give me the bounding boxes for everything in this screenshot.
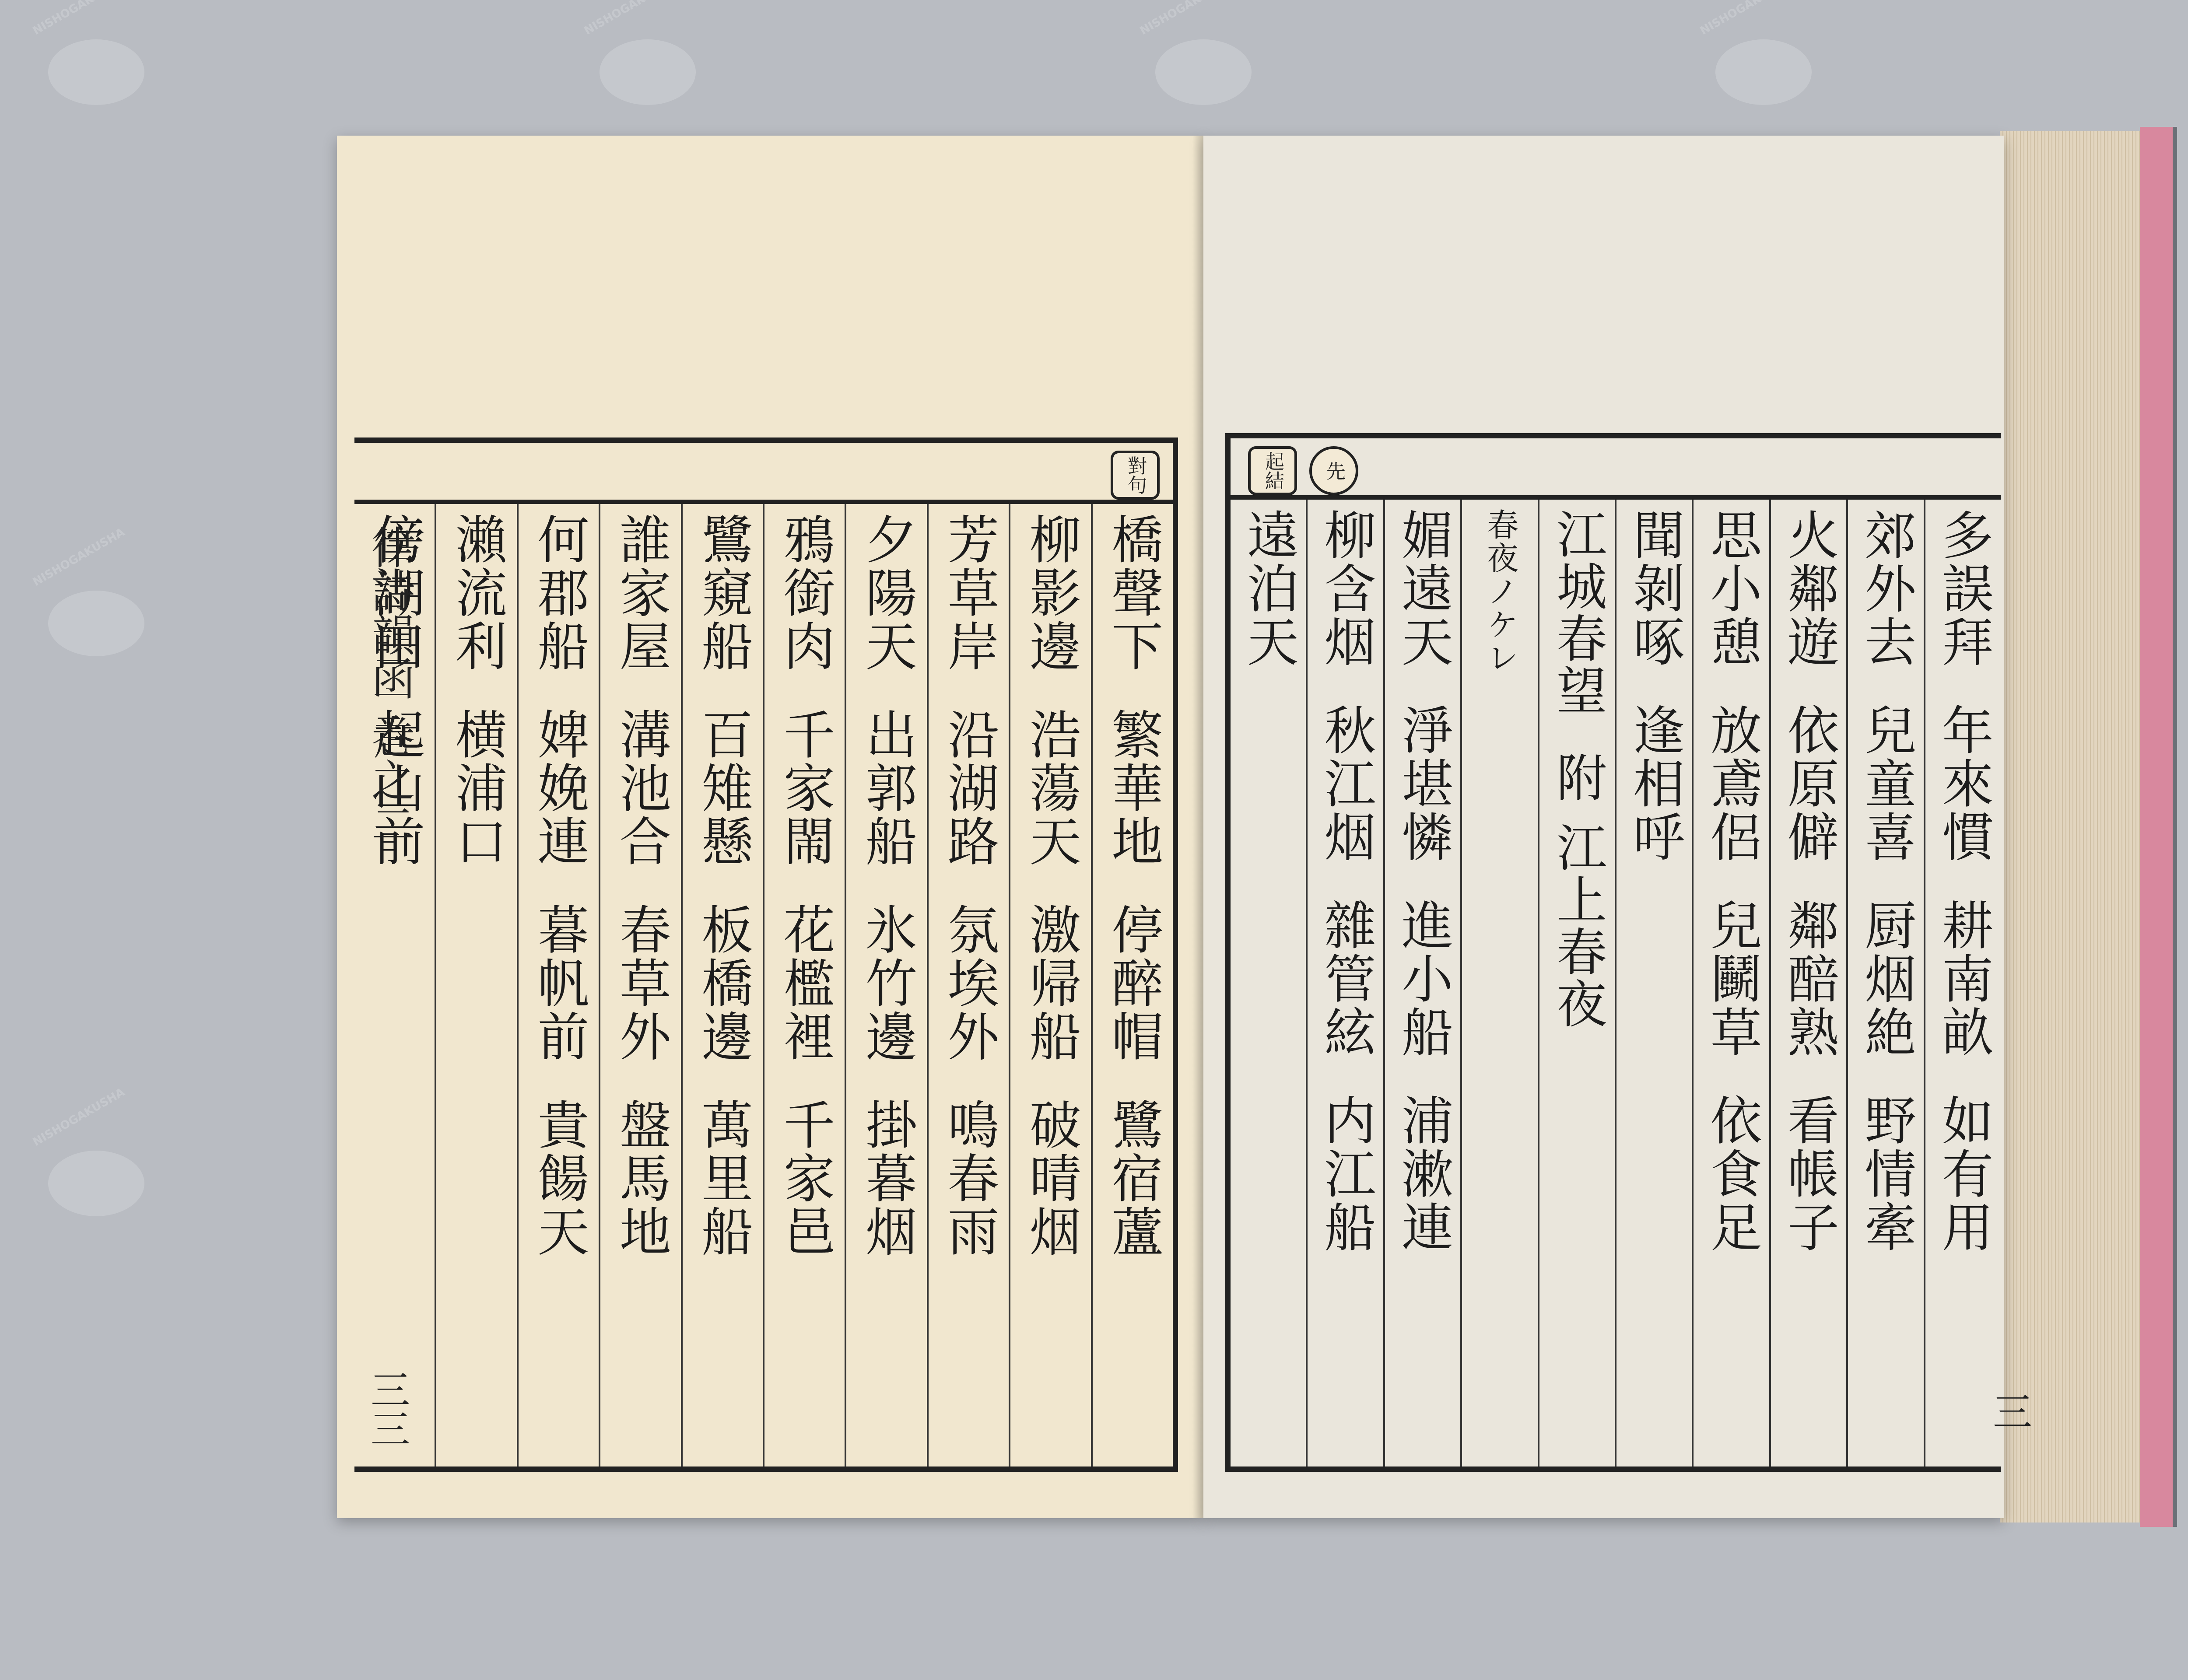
entry: 放鳶侶 xyxy=(1704,703,1759,864)
watermark: NISHOGAKUSHA xyxy=(582,26,713,109)
poem-title: 江城春望 xyxy=(1550,508,1603,717)
page-edges xyxy=(2000,131,2140,1522)
entry: 柳影邊 xyxy=(1024,513,1078,673)
column: 橋聲下繁華地停醉帽鷺宿蘆 xyxy=(1091,504,1173,1466)
entry: 依原僻 xyxy=(1781,703,1836,864)
entry: 夕陽天 xyxy=(859,513,914,673)
entry: 淨堪憐 xyxy=(1396,703,1450,864)
watermark: NISHOGAKUSHA xyxy=(1698,26,1829,109)
column: 芳草岸沿湖路氛埃外鳴春雨 xyxy=(927,504,1009,1466)
column: 春夜ノケレ xyxy=(1460,500,1537,1466)
entry: 思小憩 xyxy=(1704,508,1759,668)
entry: 鳴春雨 xyxy=(942,1098,996,1258)
watermark: NISHOGAKUSHA xyxy=(31,577,162,661)
entry: 板橋邊 xyxy=(695,903,750,1063)
right-columns: 多誤拜年來慣耕南畝如有用 郊外去兒童喜厨烟絶野情牽 火鄰遊依原僻鄰醅熟看帳子 思… xyxy=(1231,500,2001,1466)
section-marker-taiku: 對句 xyxy=(1111,451,1160,500)
left-header-band: 對句 xyxy=(354,443,1173,504)
entry: 媚遠天 xyxy=(1396,508,1450,668)
left-columns: 橋聲下繁華地停醉帽鷺宿蘆 柳影邊浩蕩天激帰船破晴烟 芳草岸沿湖路氛埃外鳴春雨 夕… xyxy=(354,504,1173,1466)
poem-title-column: 江城春望附 江上春夜 xyxy=(1538,500,1615,1466)
column: 火鄰遊依原僻鄰醅熟看帳子 xyxy=(1769,500,1846,1466)
rhyme-marker-sen: 先 xyxy=(1309,446,1358,495)
entry: 破晴烟 xyxy=(1024,1098,1078,1258)
entry: 氛埃外 xyxy=(942,903,996,1063)
entry: 千家閙 xyxy=(778,708,832,868)
column: 夕陽天出郭船氷竹邊掛暮烟 xyxy=(845,504,926,1466)
entry: 依食足 xyxy=(1704,1094,1759,1254)
entry: 聞剝啄 xyxy=(1627,508,1681,668)
column: 媚遠天淨堪憐進小船浦漱連 xyxy=(1383,500,1460,1466)
entry: 郊外去 xyxy=(1858,508,1913,668)
entry: 瀨流利 xyxy=(449,513,504,673)
left-page: 對句 橋聲下繁華地停醉帽鷺宿蘆 柳影邊浩蕩天激帰船破晴烟 芳草岸沿湖路氛埃外鳴春… xyxy=(337,136,1203,1518)
column: 郊外去兒童喜厨烟絶野情牽 xyxy=(1846,500,1923,1466)
open-book: 對句 橋聲下繁華地停醉帽鷺宿蘆 柳影邊浩蕩天激帰船破晴烟 芳草岸沿湖路氛埃外鳴春… xyxy=(337,118,2188,1544)
entry: 春夜ノケレ xyxy=(1483,508,1517,675)
entry: 逢相呼 xyxy=(1627,703,1681,864)
entry: 掛暮烟 xyxy=(859,1098,914,1258)
right-leaf-number: 三 xyxy=(1980,1391,2037,1431)
entry: 花檻裡 xyxy=(778,903,832,1063)
entry: 遠泊天 xyxy=(1241,508,1295,668)
entry: 火鄰遊 xyxy=(1781,508,1836,668)
entry: 浦漱連 xyxy=(1396,1094,1450,1254)
column: 思小憩放鳶侶兒鬭草依食足 xyxy=(1692,500,1769,1466)
right-page: 起結 先 多誤拜年來慣耕南畝如有用 郊外去兒童喜厨烟絶野情牽 火鄰遊依原僻鄰醅熟… xyxy=(1203,136,2004,1518)
left-leaf-number: 三三 xyxy=(358,1369,415,1448)
entry: 兒鬭草 xyxy=(1704,899,1759,1059)
column: 誰家屋溝池合春草外盤馬地 xyxy=(599,504,680,1466)
column: 鴉銜肉千家閙花檻裡千家邑 xyxy=(763,504,845,1466)
column: 鷺窺船百雉懸板橋邊萬里船 xyxy=(681,504,763,1466)
entry: 貴餳天 xyxy=(532,1098,586,1258)
column: 遠泊天 xyxy=(1231,500,1306,1466)
entry: 内江船 xyxy=(1318,1094,1373,1254)
entry: 萬里船 xyxy=(695,1098,750,1258)
entry: 春草外 xyxy=(614,903,668,1063)
entry: 溝池合 xyxy=(614,708,668,868)
entry: 浩蕩天 xyxy=(1024,708,1078,868)
right-page-frame: 起結 先 多誤拜年來慣耕南畝如有用 郊外去兒童喜厨烟絶野情牽 火鄰遊依原僻鄰醅熟… xyxy=(1225,433,2001,1472)
entry: 暮帆前 xyxy=(532,903,586,1063)
entry: 横浦口 xyxy=(449,708,504,868)
entry: 鷺宿蘆 xyxy=(1105,1098,1160,1258)
entry: 野情牽 xyxy=(1858,1094,1913,1254)
column: 柳含烟秋江烟雜管絃内江船 xyxy=(1306,500,1383,1466)
entry: 秋江烟 xyxy=(1318,703,1373,864)
column: 瀨流利横浦口 xyxy=(435,504,516,1466)
right-header-band: 起結 先 xyxy=(1231,438,2001,500)
entry: 雜管絃 xyxy=(1318,899,1373,1059)
entry: 激帰船 xyxy=(1024,903,1078,1063)
left-spine-title: 律詩韻函 巻之二 xyxy=(358,525,421,845)
entry: 氷竹邊 xyxy=(859,903,914,1063)
pink-cover-edge xyxy=(2140,127,2177,1527)
entry: 百雉懸 xyxy=(695,708,750,868)
watermark: NISHOGAKUSHA xyxy=(31,26,162,109)
entry: 繁華地 xyxy=(1105,708,1160,868)
column: 聞剝啄逢相呼 xyxy=(1615,500,1692,1466)
section-marker-kiketsu: 起結 xyxy=(1248,446,1297,495)
entry: 盤馬地 xyxy=(614,1098,668,1258)
entry: 誰家屋 xyxy=(614,513,668,673)
entry: 耕南畝 xyxy=(1936,899,1990,1059)
entry: 鄰醅熟 xyxy=(1781,899,1836,1059)
entry: 出郭船 xyxy=(859,708,914,868)
left-page-frame: 對句 橋聲下繁華地停醉帽鷺宿蘆 柳影邊浩蕩天激帰船破晴烟 芳草岸沿湖路氛埃外鳴春… xyxy=(354,437,1178,1472)
entry: 多誤拜 xyxy=(1936,508,1990,668)
entry: 婢娩連 xyxy=(532,708,586,868)
entry: 鴉銜肉 xyxy=(778,513,832,673)
watermark: NISHOGAKUSHA xyxy=(31,1137,162,1221)
entry: 千家邑 xyxy=(778,1098,832,1258)
entry: 柳含烟 xyxy=(1318,508,1373,668)
entry: 如有用 xyxy=(1936,1094,1990,1254)
column: 何郡船婢娩連暮帆前貴餳天 xyxy=(517,504,599,1466)
entry: 沿湖路 xyxy=(942,708,996,868)
entry: 厨烟絶 xyxy=(1858,899,1913,1059)
entry: 橋聲下 xyxy=(1105,513,1160,673)
watermark: NISHOGAKUSHA xyxy=(1138,26,1269,109)
entry: 停醉帽 xyxy=(1105,903,1160,1063)
column: 柳影邊浩蕩天激帰船破晴烟 xyxy=(1009,504,1090,1466)
entry: 兒童喜 xyxy=(1858,703,1913,864)
entry: 進小船 xyxy=(1396,899,1450,1059)
entry: 何郡船 xyxy=(532,513,586,673)
column: 多誤拜年來慣耕南畝如有用 xyxy=(1924,500,2001,1466)
entry: 年來慣 xyxy=(1936,703,1990,864)
entry: 看帳子 xyxy=(1781,1094,1836,1254)
poem-title-appendix: 附 江上春夜 xyxy=(1550,752,1603,1030)
entry: 芳草岸 xyxy=(942,513,996,673)
entry: 鷺窺船 xyxy=(695,513,750,673)
